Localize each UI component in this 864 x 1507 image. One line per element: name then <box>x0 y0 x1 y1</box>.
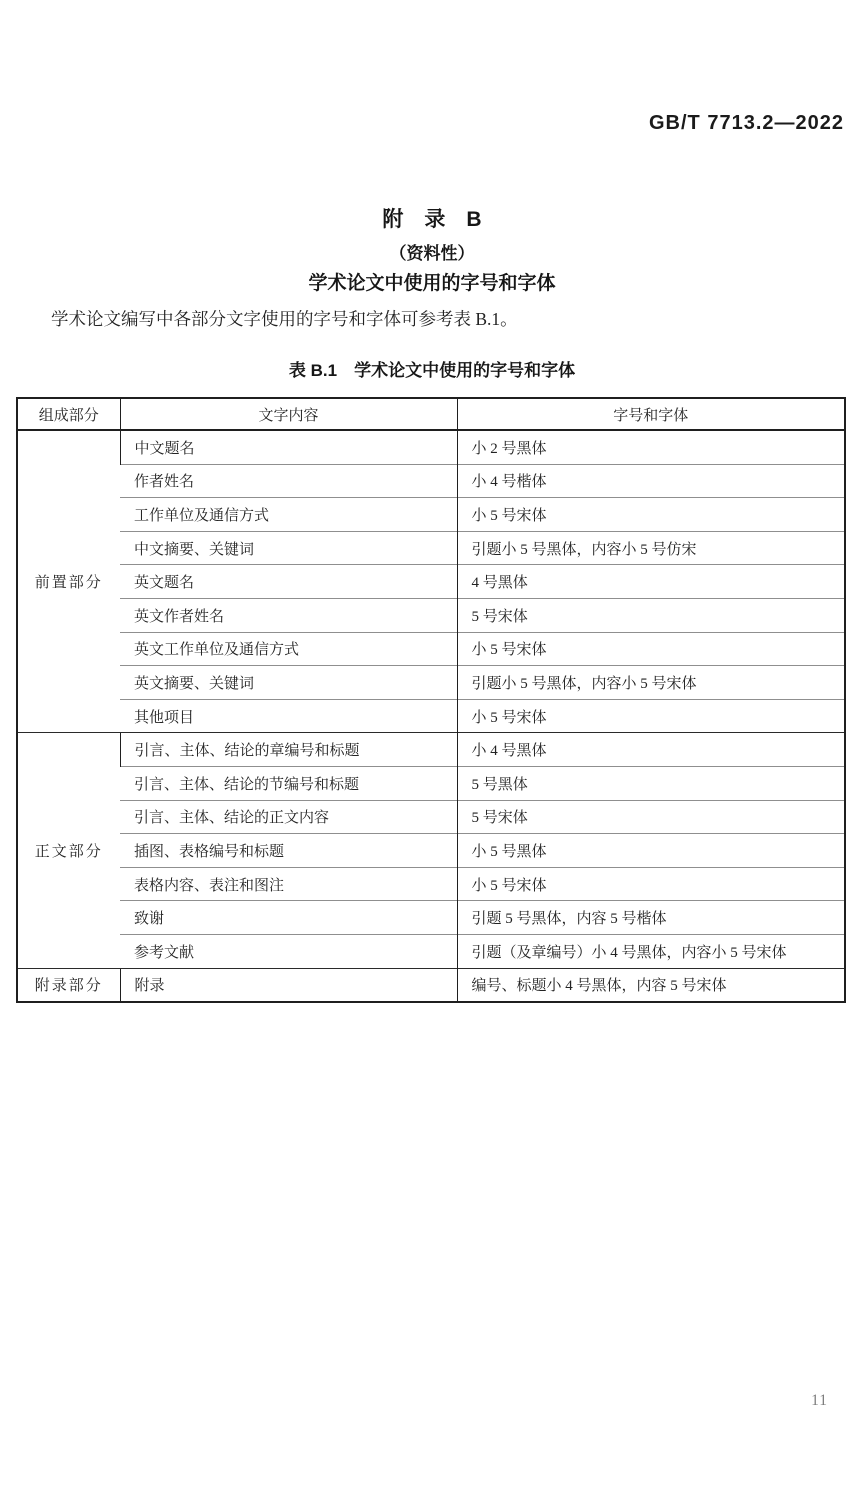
font-cell: 4 号黑体 <box>457 565 845 599</box>
page-number: 11 <box>811 1392 828 1410</box>
font-cell: 5 号宋体 <box>457 800 845 834</box>
content-cell: 英文工作单位及通信方式 <box>120 632 457 666</box>
table-row: 前置部分 中文题名 小 2 号黑体 <box>17 430 845 464</box>
content-cell: 英文摘要、关键词 <box>120 666 457 700</box>
table-row: 引言、主体、结论的正文内容 5 号宋体 <box>17 800 845 834</box>
content-cell: 中文题名 <box>120 430 457 464</box>
content-cell: 参考文献 <box>120 934 457 968</box>
font-cell: 小 4 号楷体 <box>457 464 845 498</box>
table-header-row: 组成部分 文字内容 字号和字体 <box>17 398 845 430</box>
font-cell: 引题 5 号黑体，内容 5 号楷体 <box>457 901 845 935</box>
font-cell: 5 号宋体 <box>457 598 845 632</box>
appendix-heading: 学术论文中使用的字号和字体 <box>0 268 864 295</box>
table-row: 附录部分 附录 编号、标题小 4 号黑体，内容 5 号宋体 <box>17 968 845 1002</box>
group-cell-front: 前置部分 <box>17 430 120 733</box>
table-row: 表格内容、表注和图注 小 5 号宋体 <box>17 867 845 901</box>
content-cell: 表格内容、表注和图注 <box>120 867 457 901</box>
content-cell: 引言、主体、结论的正文内容 <box>120 800 457 834</box>
font-cell: 引题（及章编号）小 4 号黑体，内容小 5 号宋体 <box>457 934 845 968</box>
table-row: 英文摘要、关键词 引题小 5 号黑体，内容小 5 号宋体 <box>17 666 845 700</box>
table-row: 英文题名 4 号黑体 <box>17 565 845 599</box>
font-cell: 小 2 号黑体 <box>457 430 845 464</box>
header-cell-font: 字号和字体 <box>457 398 845 430</box>
content-cell: 附录 <box>120 968 457 1002</box>
table-row: 正文部分 引言、主体、结论的章编号和标题 小 4 号黑体 <box>17 733 845 767</box>
font-cell: 小 5 号宋体 <box>457 632 845 666</box>
content-cell: 引言、主体、结论的节编号和标题 <box>120 766 457 800</box>
content-cell: 工作单位及通信方式 <box>120 498 457 532</box>
content-cell: 引言、主体、结论的章编号和标题 <box>120 733 457 767</box>
header-cell-content: 文字内容 <box>120 398 457 430</box>
font-cell: 小 5 号黑体 <box>457 834 845 868</box>
table-row: 致谢 引题 5 号黑体，内容 5 号楷体 <box>17 901 845 935</box>
font-cell: 引题小 5 号黑体，内容小 5 号宋体 <box>457 666 845 700</box>
font-cell: 小 5 号宋体 <box>457 498 845 532</box>
font-cell: 小 4 号黑体 <box>457 733 845 767</box>
font-cell: 引题小 5 号黑体，内容小 5 号仿宋 <box>457 531 845 565</box>
font-cell: 5 号黑体 <box>457 766 845 800</box>
group-cell-body: 正文部分 <box>17 733 120 968</box>
appendix-note: （资料性） <box>0 239 864 264</box>
content-cell: 致谢 <box>120 901 457 935</box>
table-row: 中文摘要、关键词 引题小 5 号黑体，内容小 5 号仿宋 <box>17 531 845 565</box>
table-row: 其他项目 小 5 号宋体 <box>17 699 845 733</box>
table-row: 参考文献 引题（及章编号）小 4 号黑体，内容小 5 号宋体 <box>17 934 845 968</box>
intro-paragraph: 学术论文编写中各部分文字使用的字号和字体可参考表 B.1。 <box>16 306 848 332</box>
font-cell: 小 5 号宋体 <box>457 699 845 733</box>
table-row: 工作单位及通信方式 小 5 号宋体 <box>17 498 845 532</box>
header-cell-part: 组成部分 <box>17 398 120 430</box>
content-cell: 作者姓名 <box>120 464 457 498</box>
content-cell: 插图、表格编号和标题 <box>120 834 457 868</box>
table-row: 插图、表格编号和标题 小 5 号黑体 <box>17 834 845 868</box>
content-cell: 英文作者姓名 <box>120 598 457 632</box>
font-cell: 编号、标题小 4 号黑体，内容 5 号宋体 <box>457 968 845 1002</box>
table-caption: 表 B.1 学术论文中使用的字号和字体 <box>0 356 864 381</box>
table-row: 引言、主体、结论的节编号和标题 5 号黑体 <box>17 766 845 800</box>
font-cell: 小 5 号宋体 <box>457 867 845 901</box>
table-row: 作者姓名 小 4 号楷体 <box>17 464 845 498</box>
group-cell-appendix: 附录部分 <box>17 968 120 1002</box>
table-row: 英文作者姓名 5 号宋体 <box>17 598 845 632</box>
standard-code: GB/T 7713.2—2022 <box>649 112 844 135</box>
table-row: 英文工作单位及通信方式 小 5 号宋体 <box>17 632 845 666</box>
content-cell: 中文摘要、关键词 <box>120 531 457 565</box>
content-cell: 英文题名 <box>120 565 457 599</box>
appendix-title: 附 录 B <box>0 203 864 233</box>
font-size-table: 组成部分 文字内容 字号和字体 前置部分 中文题名 小 2 号黑体 作者姓名 小… <box>16 397 846 1003</box>
content-cell: 其他项目 <box>120 699 457 733</box>
